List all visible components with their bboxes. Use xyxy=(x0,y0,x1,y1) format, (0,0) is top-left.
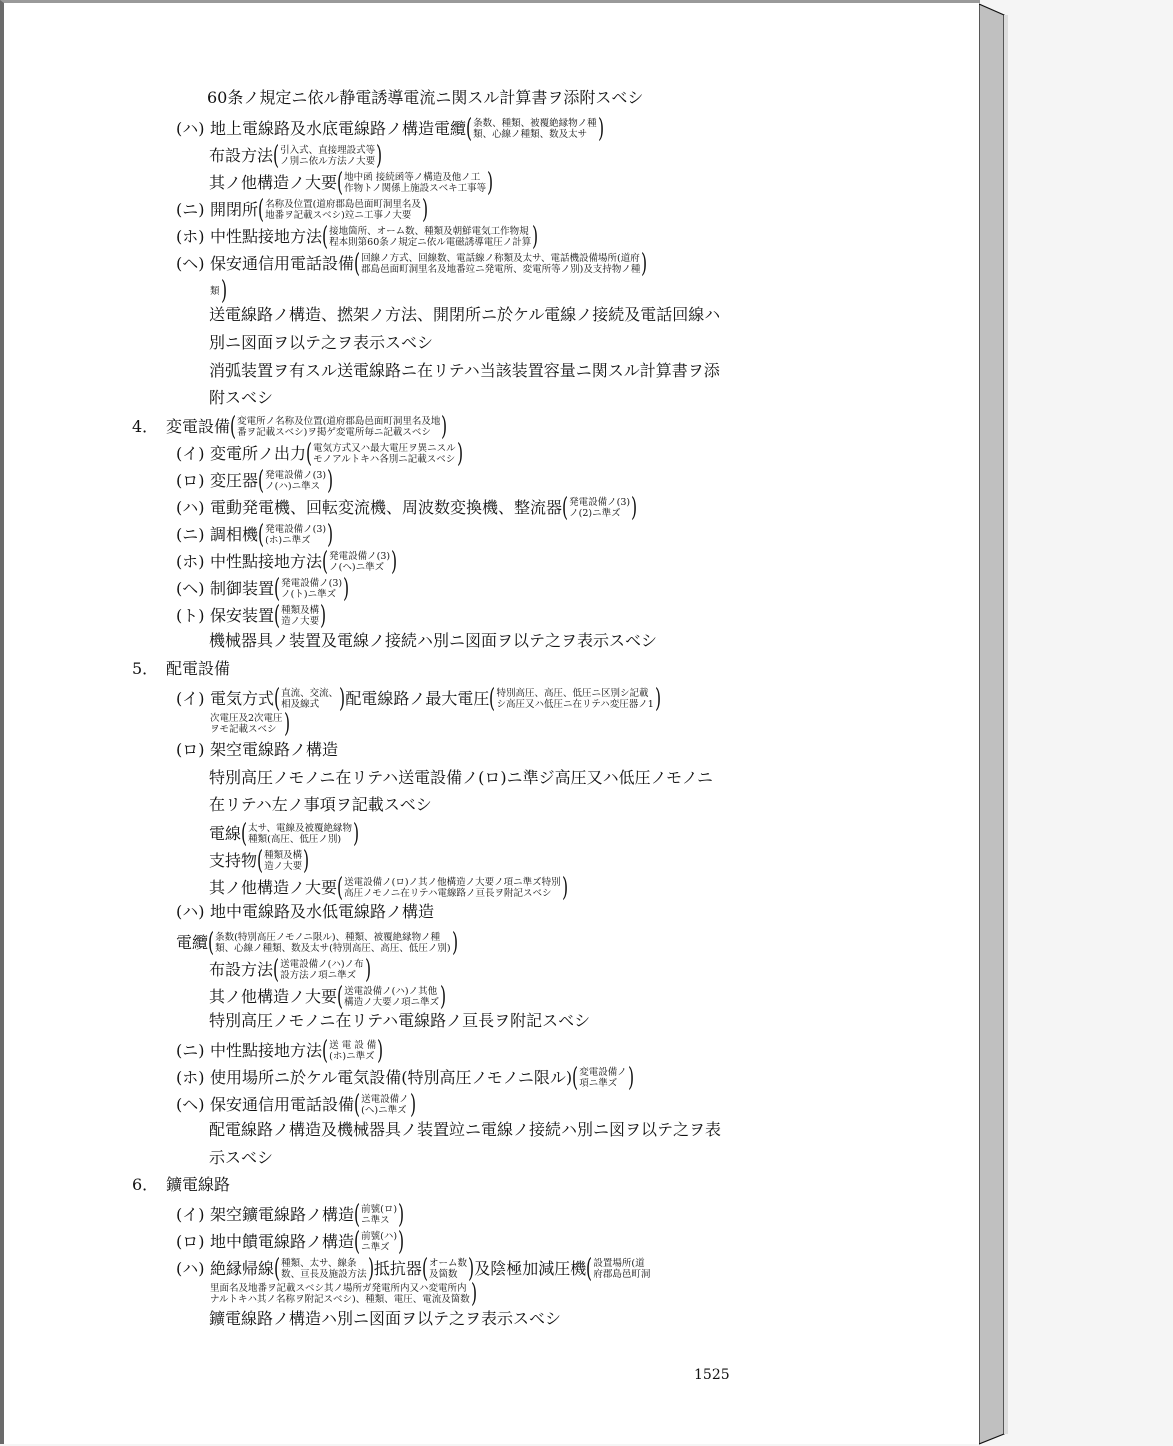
annotation-line: 変電設備ノ xyxy=(579,1067,627,1078)
annotation-line: 種類(高圧、低圧ノ別) xyxy=(248,834,352,845)
line-text: 変電所ノ出力 xyxy=(210,444,306,464)
annotation-note: 条数、種類、被覆絶縁物ノ種類、心線ノ種類、数及太サ xyxy=(472,118,598,140)
item-label: (ホ) xyxy=(176,227,210,247)
document-line: (イ)架空鑛電線路ノ構造(前號(ロ)ニ準ス) xyxy=(176,1202,404,1228)
annotation-note: 前號(ロ)ニ準ス xyxy=(360,1204,398,1226)
document-line: 在リテハ左ノ事項ヲ記載スベシ xyxy=(209,795,432,815)
annotation-note: 地中函 接続函等ノ構造及他ノ工作物トノ関係上施設スベキ工事等 xyxy=(343,172,487,194)
line-text: 中性點接地方法 xyxy=(210,552,322,572)
close-paren: ) xyxy=(655,686,661,712)
annotation-note: 前號(ハ)ニ準ズ xyxy=(360,1231,398,1253)
document-line: (イ)変電所ノ出力(電気方式又ハ最大電圧ヲ異ニスルモノアルトキハ各別ニ記載スベシ… xyxy=(176,441,463,467)
document-line: 特別高圧ノモノニ在リテハ電線路ノ亘長ヲ附記スベシ xyxy=(209,1011,590,1031)
document-line: (ハ)地上電線路及水底電線路ノ構造電纜(条数、種類、被覆絶縁物ノ種類、心線ノ種類… xyxy=(176,116,604,142)
open-paren: ( xyxy=(230,414,236,440)
document-line: (ニ)調相機(発電設備ノ(3)(ホ)ニ準ズ) xyxy=(176,522,333,548)
close-paren: ) xyxy=(452,930,458,956)
line-text: 鑛電線路ノ構造ハ別ニ図面ヲ以テ之ヲ表示スベシ xyxy=(209,1309,561,1329)
line-text: 附スベシ xyxy=(209,388,273,408)
item-label: (ハ) xyxy=(176,119,210,139)
document-line: (ハ)電動発電機、回転変流機、周波数変換機、整流器(発電設備ノ(3)ノ(2)ニ準… xyxy=(176,495,637,521)
item-label: (ホ) xyxy=(176,1068,210,1088)
annotation-line: 及箇数 xyxy=(429,1269,467,1280)
open-paren: ( xyxy=(241,821,247,847)
open-paren: ( xyxy=(306,441,312,467)
annotation-line: 構造ノ大要ノ項ニ準ズ xyxy=(344,997,439,1008)
item-label: 4． xyxy=(132,417,166,437)
open-paren: ( xyxy=(354,1092,360,1118)
annotation-note: 太サ、電線及被覆絶縁物種類(高圧、低圧ノ別) xyxy=(247,823,353,845)
item-label: 5． xyxy=(132,659,166,679)
annotation-note: 発電設備ノ(3)ノ(2)ニ準ズ xyxy=(568,497,631,519)
annotation-note: 回線ノ方式、回線数、電話線ノ称類及太サ、電話機設備場所(道府郡島邑面町洞里名及地… xyxy=(360,253,641,275)
annotation-note: 条数(特別高圧ノモノニ限ル)、種類、被覆絶縁物ノ種類、心線ノ種類、数及太サ(特別… xyxy=(214,932,451,954)
annotation-note: 引入式、直接埋設式等ノ別ニ依ル方法ノ大要 xyxy=(279,145,376,167)
document-line: 消弧装置ヲ有スル送電線路ニ在リテハ当該装置容量ニ関スル計算書ヲ添 xyxy=(209,361,720,381)
annotation-note: 変電所ノ名称及位置(道府郡島邑面町洞里名及地番ヲ記載スベシ)ヲ掲ゲ変電所毎ニ記載… xyxy=(236,416,441,438)
line-text: 布設方法 xyxy=(209,960,273,980)
page-stack-edge xyxy=(979,2,1009,1446)
annotation-line: ニ準ズ xyxy=(361,1242,397,1253)
item-label: (イ) xyxy=(176,444,210,464)
annotation-line: 変電所ノ名称及位置(道府郡島邑面町洞里名及地 xyxy=(237,416,440,427)
line-text: 送電線路ノ構造、撚架ノ方法、開閉所ニ於ケル電線ノ接続及電話回線ハ xyxy=(209,305,720,325)
annotation-note: 送電設備ノ(ハ)ノ布設方法ノ項ニ準ズ xyxy=(279,959,364,981)
item-label: (ホ) xyxy=(176,552,210,572)
line-text: 及陰極加減圧機 xyxy=(474,1259,586,1279)
close-paren: ) xyxy=(562,875,568,901)
item-label: (イ) xyxy=(176,689,210,709)
document-line: 電纜(条数(特別高圧ノモノニ限ル)、種類、被覆絶縁物ノ種類、心線ノ種類、数及太サ… xyxy=(176,930,458,956)
document-line: 其ノ他構造ノ大要(地中函 接続函等ノ構造及他ノ工作物トノ関係上施設スベキ工事等) xyxy=(209,170,493,196)
open-paren: ( xyxy=(208,930,214,956)
annotation-line: ナルトキハ其ノ名称ヲ附記スベシ)、種類、電圧、電流及箇数 xyxy=(210,1294,470,1305)
document-line: 布設方法(引入式、直接埋設式等ノ別ニ依ル方法ノ大要) xyxy=(209,143,382,169)
line-text: 特別高圧ノモノニ在リテハ電線路ノ亘長ヲ附記スベシ xyxy=(209,1011,590,1031)
annotation-note: 種類、太サ、線条数、亘長及施設方法 xyxy=(280,1258,368,1280)
close-paren: ) xyxy=(376,143,382,169)
document-line: 鑛電線路ノ構造ハ別ニ図面ヲ以テ之ヲ表示スベシ xyxy=(209,1309,561,1329)
item-label: (ハ) xyxy=(176,498,210,518)
annotation-line: 電気方式又ハ最大電圧ヲ異ニスル xyxy=(313,443,456,454)
line-text: 機械器具ノ装置及電線ノ接続ハ別ニ図面ヲ以テ之ヲ表示スベシ xyxy=(209,631,657,651)
annotation-note: 発電設備ノ(3)ノ(ヘ)ニ準ズ xyxy=(328,551,391,573)
annotation-note: 送 電 設 備(ホ)ニ準ズ xyxy=(328,1040,377,1062)
annotation-note: 設置場所(道府郡島邑町洞 xyxy=(592,1258,651,1280)
annotation-line: 類、心線ノ種類、数及太サ(特別高圧、高圧、低圧ノ別) xyxy=(215,943,450,954)
annotation-line: 送電設備ノ(ハ)ノ布 xyxy=(280,959,363,970)
close-paren: ) xyxy=(487,170,493,196)
annotation-line: 種類、太サ、線条 xyxy=(281,1258,367,1269)
open-paren: ( xyxy=(466,116,472,142)
line-text: 開閉所 xyxy=(210,200,258,220)
document-line: 里面名及地番ヲ記載スベシ其ノ場所ガ発電所内又ハ変電所内ナルトキハ其ノ名称ヲ附記ス… xyxy=(209,1281,477,1307)
annotation-line: モノアルトキハ各別ニ記載スベシ xyxy=(313,454,456,465)
line-text: 中性點接地方法 xyxy=(210,227,322,247)
item-label: (イ) xyxy=(176,1205,210,1225)
document-line: (ニ)中性點接地方法(送 電 設 備(ホ)ニ準ズ) xyxy=(176,1038,383,1064)
document-line: 送電線路ノ構造、撚架ノ方法、開閉所ニ於ケル電線ノ接続及電話回線ハ xyxy=(209,305,720,325)
annotation-note: 直流、交流、相及線式 xyxy=(280,688,339,710)
line-text: 電線 xyxy=(209,824,241,844)
annotation-line: 送電設備ノ(ハ)ノ其他 xyxy=(344,986,439,997)
annotation-line: ノ(ヘ)ニ準ズ xyxy=(329,562,390,573)
annotation-line: ノ別ニ依ル方法ノ大要 xyxy=(280,156,375,167)
annotation-note: 次電圧及2次電圧ヲモ記載スベシ xyxy=(209,713,284,735)
close-paren: ) xyxy=(368,1256,374,1282)
document-line: (イ)電気方式(直流、交流、相及線式)配電線路ノ最大電圧(特別高圧、高圧、低圧ニ… xyxy=(176,686,661,712)
open-paren: ( xyxy=(258,522,264,548)
annotation-line: 番ヲ記載スベシ)ヲ掲ゲ変電所毎ニ記載スベシ xyxy=(237,427,440,438)
annotation-line: オーム数 xyxy=(429,1258,467,1269)
document-line: (ホ)使用場所ニ於ケル電気設備(特別高圧ノモノニ限ル)(変電設備ノ項ニ準ズ) xyxy=(176,1065,634,1091)
line-text: 電動発電機、回転変流機、周波数変換機、整流器 xyxy=(210,498,562,518)
annotation-line: 高圧ノモノニ在リテハ電線路ノ亘長ヲ附記スベシ xyxy=(344,888,560,899)
item-label: (ニ) xyxy=(176,525,210,545)
annotation-note: 種類及構造ノ大要 xyxy=(263,850,303,872)
open-paren: ( xyxy=(274,576,280,602)
annotation-line: 地番ヲ記載スベシ)竝ニ工事ノ大要 xyxy=(265,210,421,221)
annotation-line: 送電設備ノ(ロ)ノ其ノ他構造ノ大要ノ項ニ準ズ特別 xyxy=(344,877,560,888)
annotation-line: 類 xyxy=(210,286,220,297)
item-label: (ト) xyxy=(176,606,210,626)
annotation-note: 送電設備ノ(ヘ)ニ準ズ xyxy=(360,1094,410,1116)
annotation-line: 条数(特別高圧ノモノニ限ル)、種類、被覆絶縁物ノ種 xyxy=(215,932,450,943)
close-paren: ) xyxy=(284,711,290,737)
document-line: 配電線路ノ構造及機械器具ノ装置竝ニ電線ノ接続ハ別ニ図ヲ以テ之ヲ表 xyxy=(209,1120,721,1140)
close-paren: ) xyxy=(377,1038,383,1064)
annotation-line: 引入式、直接埋設式等 xyxy=(280,145,375,156)
annotation-line: 発電設備ノ(3) xyxy=(569,497,630,508)
item-label: (ロ) xyxy=(176,1232,210,1252)
line-text: 電気方式 xyxy=(210,689,274,709)
close-paren: ) xyxy=(628,1065,634,1091)
line-text: 絶縁帰線 xyxy=(210,1259,274,1279)
close-paren: ) xyxy=(641,251,647,277)
open-paren: ( xyxy=(337,984,343,1010)
item-label: (ヘ) xyxy=(176,579,210,599)
annotation-line: 程本則第60条ノ規定ニ依ル電磁誘導電圧ノ計算 xyxy=(329,237,531,248)
document-line: 布設方法(送電設備ノ(ハ)ノ布設方法ノ項ニ準ズ) xyxy=(209,957,371,983)
close-paren: ) xyxy=(410,1092,416,1118)
open-paren: ( xyxy=(322,224,328,250)
open-paren: ( xyxy=(337,875,343,901)
document-line: 別ニ図面ヲ以テ之ヲ表示スベシ xyxy=(209,333,433,353)
annotation-line: 数、亘長及施設方法 xyxy=(281,1269,367,1280)
annotation-line: (ホ)ニ準ズ xyxy=(265,535,326,546)
annotation-note: 里面名及地番ヲ記載スベシ其ノ場所ガ発電所内又ハ変電所内ナルトキハ其ノ名称ヲ附記ス… xyxy=(209,1283,471,1305)
close-paren: ) xyxy=(343,576,349,602)
line-text: 変電設備 xyxy=(166,417,230,437)
open-paren: ( xyxy=(354,1229,360,1255)
document-line: 5．配電設備 xyxy=(132,659,230,679)
annotation-note: 電気方式又ハ最大電圧ヲ異ニスルモノアルトキハ各別ニ記載スベシ xyxy=(312,443,457,465)
close-paren: ) xyxy=(440,984,446,1010)
annotation-line: 発電設備ノ(3) xyxy=(329,551,390,562)
open-paren: ( xyxy=(322,1038,328,1064)
annotation-line: 作物トノ関係上施設スベキ工事等 xyxy=(344,183,486,194)
line-text: 抵抗器 xyxy=(374,1259,422,1279)
annotation-note: 種類及構造ノ大要 xyxy=(280,605,320,627)
open-paren: ( xyxy=(274,1256,280,1282)
document-line: 示スベシ xyxy=(209,1148,273,1168)
open-paren: ( xyxy=(354,251,360,277)
annotation-line: ノ(ハ)ニ準ス xyxy=(265,481,326,492)
line-text: 配電線路ノ最大電圧 xyxy=(345,689,489,709)
close-paren: ) xyxy=(398,1229,404,1255)
document-line: (ト)保安装置(種類及構造ノ大要) xyxy=(176,603,326,629)
annotation-line: 地中函 接続函等ノ構造及他ノ工 xyxy=(344,172,486,183)
annotation-line: 発電設備ノ(3) xyxy=(281,578,342,589)
item-label: (ハ) xyxy=(176,1259,210,1279)
item-label: (ロ) xyxy=(176,471,210,491)
annotation-line: 送 電 設 備 xyxy=(329,1040,376,1051)
close-paren: ) xyxy=(339,686,345,712)
item-label: (ヘ) xyxy=(176,254,210,274)
annotation-note: 接地箇所、オーム数、種類及朝鮮電気工作物規程本則第60条ノ規定ニ依ル電磁誘導電圧… xyxy=(328,226,532,248)
document-line: (ホ)中性點接地方法(接地箇所、オーム数、種類及朝鮮電気工作物規程本則第60条ノ… xyxy=(176,224,538,250)
line-text: 配電線路ノ構造及機械器具ノ装置竝ニ電線ノ接続ハ別ニ図ヲ以テ之ヲ表 xyxy=(209,1120,721,1140)
document-page: 60条ノ規定ニ依ル静電誘導電流ニ関スル計算書ヲ添附スベシ(ハ)地上電線路及水底電… xyxy=(0,0,980,1444)
annotation-line: 次電圧及2次電圧 xyxy=(210,713,283,724)
document-line: 機械器具ノ装置及電線ノ接続ハ別ニ図面ヲ以テ之ヲ表示スベシ xyxy=(209,631,657,651)
line-text: 架空鑛電線路ノ構造 xyxy=(210,1205,354,1225)
document-line: 支持物(種類及構造ノ大要) xyxy=(209,848,309,874)
line-text: 制御装置 xyxy=(210,579,274,599)
line-text: 地上電線路及水底電線路ノ構造電纜 xyxy=(210,119,466,139)
close-paren: ) xyxy=(221,278,227,304)
item-label: (ヘ) xyxy=(176,1095,210,1115)
annotation-line: 特別高圧、高圧、低圧ニ区別シ記載 xyxy=(497,688,654,699)
document-line: (ヘ)制御装置(発電設備ノ(3)ノ(ト)ニ準ズ) xyxy=(176,576,349,602)
annotation-note: 変電設備ノ項ニ準ズ xyxy=(578,1067,628,1089)
close-paren: ) xyxy=(422,197,428,223)
annotation-line: 発電設備ノ(3) xyxy=(265,524,326,535)
document-line: (ヘ)保安通信用電話設備(送電設備ノ(ヘ)ニ準ズ) xyxy=(176,1092,416,1118)
line-text: 60条ノ規定ニ依ル静電誘導電流ニ関スル計算書ヲ添附スベシ xyxy=(207,88,643,108)
annotation-line: 種類及構 xyxy=(264,850,302,861)
open-paren: ( xyxy=(489,686,495,712)
annotation-line: ノ(2)ニ準ズ xyxy=(569,508,630,519)
line-text: 其ノ他構造ノ大要 xyxy=(209,987,337,1007)
annotation-line: (ヘ)ニ準ズ xyxy=(361,1105,409,1116)
document-line: (ロ)地中饋電線路ノ構造(前號(ハ)ニ準ズ) xyxy=(176,1229,404,1255)
document-line: (ハ)地中電線路及水低電線路ノ構造 xyxy=(176,902,434,922)
line-text: 布設方法 xyxy=(209,146,273,166)
document-line: 電線(太サ、電線及被覆絶縁物種類(高圧、低圧ノ別)) xyxy=(209,821,359,847)
document-line: 次電圧及2次電圧ヲモ記載スベシ) xyxy=(209,711,290,737)
item-label: (ニ) xyxy=(176,1041,210,1061)
close-paren: ) xyxy=(398,1202,404,1228)
annotation-note: 発電設備ノ(3)ノ(ト)ニ準ズ xyxy=(280,578,343,600)
close-paren: ) xyxy=(532,224,538,250)
line-text: 其ノ他構造ノ大要 xyxy=(209,173,337,193)
line-text: 変圧器 xyxy=(210,471,258,491)
line-text: 支持物 xyxy=(209,851,257,871)
annotation-line: 種類及構 xyxy=(281,605,319,616)
open-paren: ( xyxy=(274,603,280,629)
line-text: 使用場所ニ於ケル電気設備(特別高圧ノモノニ限ル) xyxy=(210,1068,572,1088)
line-text: 消弧装置ヲ有スル送電線路ニ在リテハ当該装置容量ニ関スル計算書ヲ添 xyxy=(209,361,720,381)
open-paren: ( xyxy=(258,468,264,494)
close-paren: ) xyxy=(327,468,333,494)
close-paren: ) xyxy=(441,414,447,440)
annotation-line: (ホ)ニ準ズ xyxy=(329,1051,376,1062)
open-paren: ( xyxy=(354,1202,360,1228)
open-paren: ( xyxy=(586,1256,592,1282)
annotation-line: 設置場所(道 xyxy=(593,1258,650,1269)
annotation-line: 回線ノ方式、回線数、電話線ノ称類及太サ、電話機設備場所(道府 xyxy=(361,253,640,264)
item-label: (ハ) xyxy=(176,902,210,922)
annotation-line: 前號(ロ) xyxy=(361,1204,397,1215)
page-number: 1525 xyxy=(694,1367,730,1383)
item-label: 6． xyxy=(132,1175,166,1195)
open-paren: ( xyxy=(257,848,263,874)
line-text: 保安通信用電話設備 xyxy=(210,1095,354,1115)
line-text: 架空電線路ノ構造 xyxy=(210,740,338,760)
annotation-note: オーム数及箇数 xyxy=(428,1258,468,1280)
open-paren: ( xyxy=(274,686,280,712)
close-paren: ) xyxy=(365,957,371,983)
annotation-line: 条数、種類、被覆絶縁物ノ種 xyxy=(473,118,597,129)
annotation-line: 発電設備ノ(3) xyxy=(265,470,326,481)
annotation-line: 造ノ大要 xyxy=(264,861,302,872)
document-line: (ハ)絶縁帰線(種類、太サ、線条数、亘長及施設方法)抵抗器(オーム数及箇数)及陰… xyxy=(176,1256,651,1282)
open-paren: ( xyxy=(572,1065,578,1091)
line-text: 保安装置 xyxy=(210,606,274,626)
document-line: (ロ)架空電線路ノ構造 xyxy=(176,740,338,760)
close-paren: ) xyxy=(327,522,333,548)
open-paren: ( xyxy=(273,957,279,983)
document-line: (ヘ)保安通信用電話設備(回線ノ方式、回線数、電話線ノ称類及太サ、電話機設備場所… xyxy=(176,251,648,277)
line-text: 電纜 xyxy=(176,933,208,953)
annotation-line: 里面名及地番ヲ記載スベシ其ノ場所ガ発電所内又ハ変電所内 xyxy=(210,1283,470,1294)
annotation-line: ヲモ記載スベシ xyxy=(210,724,283,735)
annotation-note: 送電設備ノ(ロ)ノ其ノ他構造ノ大要ノ項ニ準ズ特別高圧ノモノニ在リテハ電線路ノ亘長… xyxy=(343,877,561,899)
annotation-line: 前號(ハ) xyxy=(361,1231,397,1242)
annotation-line: 直流、交流、 xyxy=(281,688,338,699)
line-text: 保安通信用電話設備 xyxy=(210,254,354,274)
open-paren: ( xyxy=(258,197,264,223)
annotation-note: 発電設備ノ(3)(ホ)ニ準ズ xyxy=(264,524,327,546)
annotation-line: ノ(ト)ニ準ズ xyxy=(281,589,342,600)
close-paren: ) xyxy=(320,603,326,629)
annotation-line: 設方法ノ項ニ準ズ xyxy=(280,970,363,981)
line-text: 特別高圧ノモノニ在リテハ送電設備ノ(ロ)ニ準ジ高圧又ハ低圧ノモノニ xyxy=(209,768,713,788)
close-paren: ) xyxy=(457,441,463,467)
document-line: 60条ノ規定ニ依ル静電誘導電流ニ関スル計算書ヲ添附スベシ xyxy=(207,88,643,108)
open-paren: ( xyxy=(562,495,568,521)
annotation-note: 送電設備ノ(ハ)ノ其他構造ノ大要ノ項ニ準ズ xyxy=(343,986,440,1008)
annotation-note: 発電設備ノ(3)ノ(ハ)ニ準ス xyxy=(264,470,327,492)
document-line: 6．鑛電線路 xyxy=(132,1175,230,1195)
open-paren: ( xyxy=(322,549,328,575)
open-paren: ( xyxy=(273,143,279,169)
annotation-line: 項ニ準ズ xyxy=(579,1078,627,1089)
close-paren: ) xyxy=(471,1281,477,1307)
line-text: 地中饋電線路ノ構造 xyxy=(210,1232,354,1252)
annotation-line: 造ノ大要 xyxy=(281,616,319,627)
close-paren: ) xyxy=(391,549,397,575)
document-line: 特別高圧ノモノニ在リテハ送電設備ノ(ロ)ニ準ジ高圧又ハ低圧ノモノニ xyxy=(209,768,713,788)
annotation-note: 特別高圧、高圧、低圧ニ区別シ記載シ高圧又ハ低圧ニ在リテハ変圧器ノ1 xyxy=(496,688,655,710)
annotation-line: シ高圧又ハ低圧ニ在リテハ変圧器ノ1 xyxy=(497,699,654,710)
document-line: 類) xyxy=(209,278,227,304)
document-line: 4．変電設備(変電所ノ名称及位置(道府郡島邑面町洞里名及地番ヲ記載スベシ)ヲ掲ゲ… xyxy=(132,414,448,440)
document-line: (ニ)開閉所(名称及位置(道府郡島邑面町洞里名及地番ヲ記載スベシ)竝ニ工事ノ大要… xyxy=(176,197,428,223)
line-text: 地中電線路及水低電線路ノ構造 xyxy=(210,902,434,922)
open-paren: ( xyxy=(422,1256,428,1282)
document-line: 其ノ他構造ノ大要(送電設備ノ(ハ)ノ其他構造ノ大要ノ項ニ準ズ) xyxy=(209,984,446,1010)
annotation-line: 府郡島邑町洞 xyxy=(593,1269,650,1280)
annotation-line: 送電設備ノ xyxy=(361,1094,409,1105)
document-line: 其ノ他構造ノ大要(送電設備ノ(ロ)ノ其ノ他構造ノ大要ノ項ニ準ズ特別高圧ノモノニ在… xyxy=(209,875,568,901)
annotation-line: 郡島邑面町洞里名及地番竝ニ発電所、変電所等ノ別)及支持物ノ種 xyxy=(361,264,640,275)
annotation-note: 類 xyxy=(209,286,221,297)
close-paren: ) xyxy=(353,821,359,847)
close-paren: ) xyxy=(631,495,637,521)
annotation-line: 名称及位置(道府郡島邑面町洞里名及 xyxy=(265,199,421,210)
document-line: 附スベシ xyxy=(209,388,273,408)
line-text: 調相機 xyxy=(210,525,258,545)
line-text: 中性點接地方法 xyxy=(210,1041,322,1061)
annotation-line: 接地箇所、オーム数、種類及朝鮮電気工作物規 xyxy=(329,226,531,237)
open-paren: ( xyxy=(337,170,343,196)
line-text: 鑛電線路 xyxy=(166,1175,230,1195)
line-text: 在リテハ左ノ事項ヲ記載スベシ xyxy=(209,795,432,815)
close-paren: ) xyxy=(303,848,309,874)
line-text: 別ニ図面ヲ以テ之ヲ表示スベシ xyxy=(209,333,433,353)
close-paren: ) xyxy=(598,116,604,142)
line-text: 配電設備 xyxy=(166,659,230,679)
item-label: (ロ) xyxy=(176,740,210,760)
annotation-note: 名称及位置(道府郡島邑面町洞里名及地番ヲ記載スベシ)竝ニ工事ノ大要 xyxy=(264,199,422,221)
line-text: 示スベシ xyxy=(209,1148,273,1168)
line-text: 其ノ他構造ノ大要 xyxy=(209,878,337,898)
annotation-line: 類、心線ノ種類、数及太サ xyxy=(473,129,597,140)
annotation-line: ニ準ス xyxy=(361,1215,397,1226)
document-line: (ホ)中性點接地方法(発電設備ノ(3)ノ(ヘ)ニ準ズ) xyxy=(176,549,397,575)
document-line: (ロ)変圧器(発電設備ノ(3)ノ(ハ)ニ準ス) xyxy=(176,468,333,494)
annotation-line: 太サ、電線及被覆絶縁物 xyxy=(248,823,352,834)
item-label: (ニ) xyxy=(176,200,210,220)
